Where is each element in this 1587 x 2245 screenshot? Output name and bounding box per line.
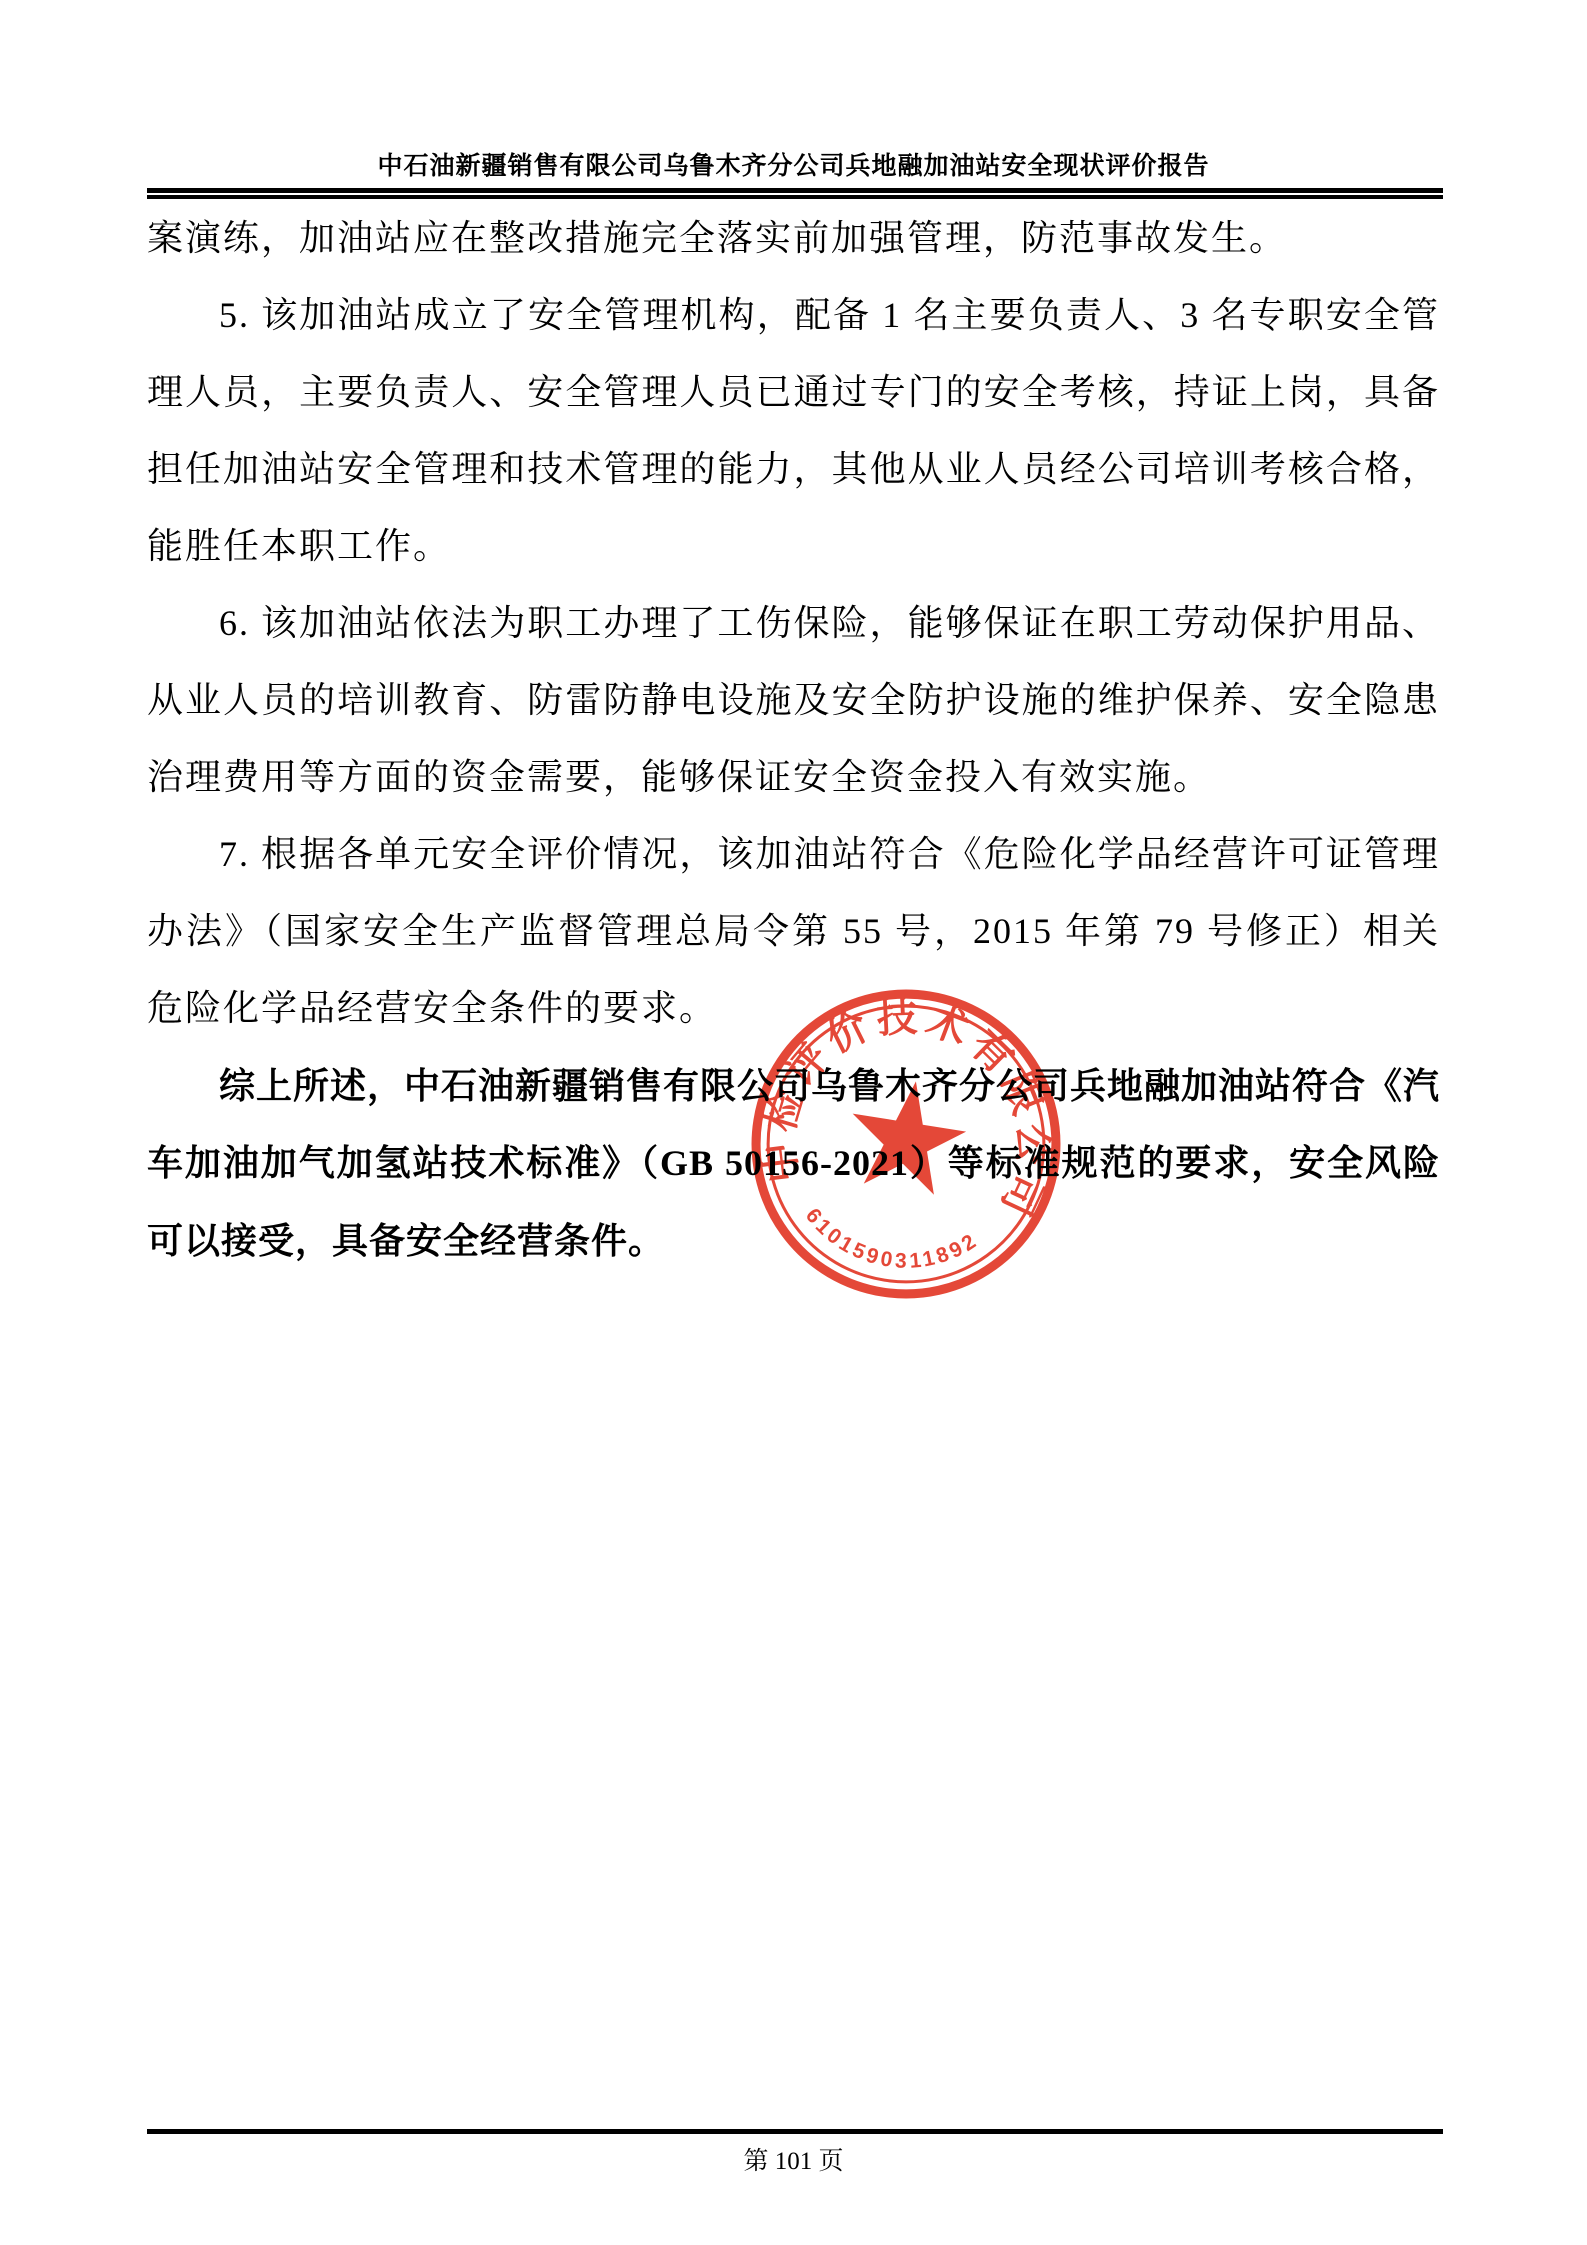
page-header-title: 中石油新疆销售有限公司乌鲁木齐分公司兵地融加油站安全现状评价报告 xyxy=(0,146,1587,182)
header-double-rule xyxy=(147,188,1443,199)
report-page: 中石油新疆销售有限公司乌鲁木齐分公司兵地融加油站安全现状评价报告 案演练，加油站… xyxy=(0,0,1587,2245)
footer-rule xyxy=(147,2129,1443,2134)
company-seal-stamp: 中检评价技术有限公司 6101590311892 xyxy=(745,983,1067,1305)
page-number: 第 101 页 xyxy=(0,2141,1587,2177)
paragraph-continuation: 案演练，加油站应在整改措施完全落实前加强管理，防范事故发生。 xyxy=(147,200,1440,277)
paragraph-item-6: 6. 该加油站依法为职工办理了工伤保险，能够保证在职工劳动保护用品、从业人员的培… xyxy=(147,585,1440,816)
paragraph-item-5: 5. 该加油站成立了安全管理机构，配备 1 名主要负责人、3 名专职安全管理人员… xyxy=(147,277,1440,585)
star-icon xyxy=(842,1072,973,1198)
